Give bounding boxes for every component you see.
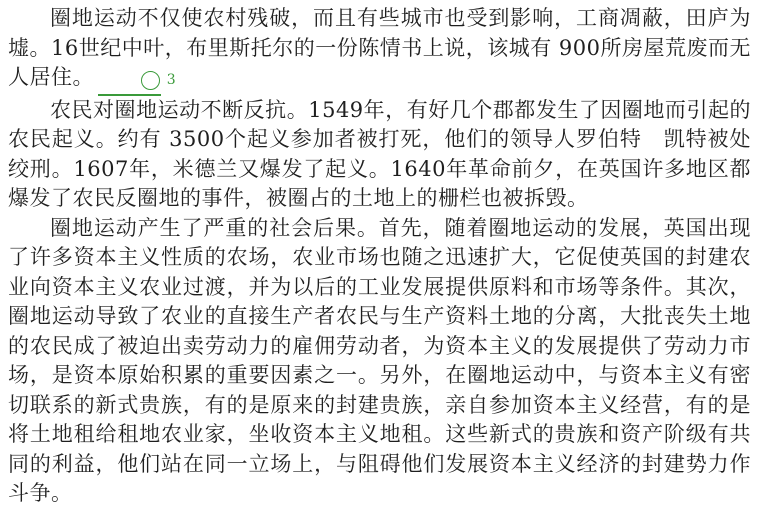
document-page: 圈地运动不仅使农村残破，而且有些城市也受到影响，工商凋蔽，田庐为墟。16世纪中叶… bbox=[0, 0, 759, 511]
footnote-number: 3 bbox=[125, 73, 176, 87]
paragraph-enclosure-impact: 圈地运动不仅使农村残破，而且有些城市也受到影响，工商凋蔽，田庐为墟。16世纪中叶… bbox=[8, 4, 751, 96]
paragraph-social-consequences: 圈地运动产生了严重的社会后果。首先，随着圈地运动的发展，英国出现了许多资本主义性… bbox=[8, 214, 751, 509]
paragraph-peasant-resistance: 农民对圈地运动不断反抗。1549年，有好几个郡都发生了因圈地而引起的农民起义。约… bbox=[8, 96, 751, 214]
circled-number-icon: 3 bbox=[141, 71, 160, 90]
paragraph-text: 农民对圈地运动不断反抗。1549年，有好几个郡都发生了因圈地而引起的农民起义。约… bbox=[8, 98, 751, 211]
footnote-link-3[interactable]: 3 bbox=[98, 63, 161, 96]
paragraph-text: 圈地运动产生了严重的社会后果。首先，随着圈地运动的发展，英国出现了许多资本主义性… bbox=[8, 216, 751, 506]
